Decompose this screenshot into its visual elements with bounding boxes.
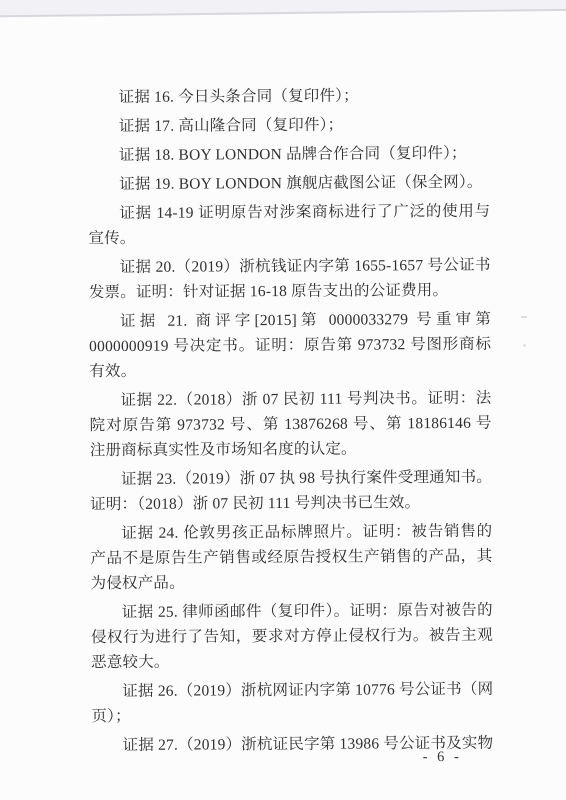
scan-speck <box>523 344 526 347</box>
evidence-paragraph: 证据 19. BOY LONDON 旗舰店截图公证（保全网）。 <box>88 170 490 197</box>
evidence-paragraph: 证据 20.（2019）浙杭钱证内字第 1655-1657 号公证书发票。证明：… <box>89 253 491 305</box>
page-number: - 6 - <box>423 749 462 766</box>
evidence-paragraph: 证据 24. 伦敦男孩正品标牌照片。证明：被告销售的产品不是原告生产销售或经原告… <box>90 519 492 596</box>
scan-content: 证据 16. 今日头条合同（复印件）；证据 17. 高山隆合同（复印件）；证据 … <box>0 0 566 800</box>
evidence-paragraph: 证据 17. 高山隆合同（复印件）； <box>88 112 490 139</box>
evidence-paragraph: 证据 18. BOY LONDON 品牌合作合同（复印件）； <box>88 141 490 168</box>
evidence-paragraph: 证据 16. 今日头条合同（复印件）； <box>88 83 490 110</box>
scanned-page: 证据 16. 今日头条合同（复印件）；证据 17. 高山隆合同（复印件）；证据 … <box>0 0 566 800</box>
evidence-paragraph: 证据 25. 律师函邮件（复印件）。证明：原告对被告的侵权行为进行了告知，要求对… <box>91 598 493 675</box>
scan-speck <box>521 316 527 318</box>
evidence-paragraph: 证据 21. 商评字[2015]第 0000033279 号重审第 000000… <box>89 307 491 384</box>
evidence-paragraph: 证据 23.（2019）浙 07 执 98 号执行案件受理通知书。证明：（201… <box>90 465 492 517</box>
evidence-paragraph: 证据 22.（2018）浙 07 民初 111 号判决书。证明：法院对原告第 9… <box>89 386 491 463</box>
evidence-paragraph: 证据 26.（2019）浙杭网证内字第 10776 号公证书（网页）； <box>91 677 493 729</box>
document-body: 证据 16. 今日头条合同（复印件）；证据 17. 高山隆合同（复印件）；证据 … <box>88 83 494 762</box>
evidence-paragraph: 证据 14-19 证明原告对涉案商标进行了广泛的使用与宣传。 <box>88 199 490 251</box>
